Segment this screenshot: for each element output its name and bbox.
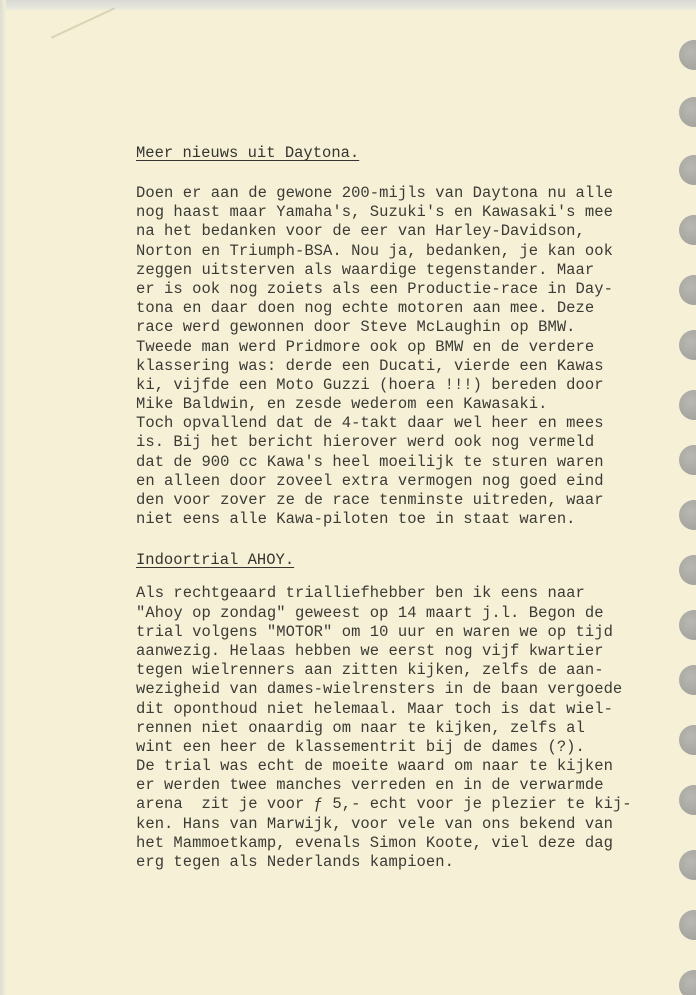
text-line: dit oponthoud niet helemaal. Maar toch i…	[136, 700, 696, 719]
punch-hole	[679, 910, 696, 940]
text-line: wint een heer de klassementrit bij de da…	[136, 738, 696, 757]
text-line: De trial was echt de moeite waard om naa…	[136, 757, 696, 776]
page-left-edge	[0, 0, 6, 995]
text-line: ken. Hans van Marwijk, voor vele van ons…	[136, 815, 696, 834]
text-line: zeggen uitsterven als waardige tegenstan…	[136, 261, 696, 280]
text-line: Norton en Triumph-BSA. Nou ja, bedanken,…	[136, 242, 696, 261]
text-line: Mike Baldwin, en zesde wederom een Kawas…	[136, 395, 696, 414]
punch-hole	[679, 40, 696, 70]
text-line: erg tegen als Nederlands kampioen.	[136, 853, 696, 872]
typewritten-page: Meer nieuws uit Daytona. Doen er aan de …	[136, 144, 696, 872]
text-line: Doen er aan de gewone 200-mijls van Dayt…	[136, 184, 696, 203]
text-line: Toch opvallend dat de 4-takt daar wel he…	[136, 414, 696, 433]
text-line: "Ahoy op zondag" geweest op 14 maart j.l…	[136, 604, 696, 623]
text-line: niet eens alle Kawa-piloten toe in staat…	[136, 510, 696, 529]
text-line: aanwezig. Helaas hebben we eerst nog vij…	[136, 642, 696, 661]
text-line: nog haast maar Yamaha's, Suzuki's en Kaw…	[136, 203, 696, 222]
section-heading-daytona: Meer nieuws uit Daytona.	[136, 144, 696, 163]
paragraph-daytona: Doen er aan de gewone 200-mijls van Dayt…	[136, 184, 696, 529]
text-line: en alleen door zoveel extra vermogen nog…	[136, 472, 696, 491]
text-line: tegen wielrenners aan zitten kijken, zel…	[136, 661, 696, 680]
punch-hole	[679, 970, 696, 995]
text-line: wezigheid van dames-wielrensters in de b…	[136, 680, 696, 699]
text-line: na het bedanken voor de eer van Harley-D…	[136, 222, 696, 241]
punch-hole	[679, 97, 696, 127]
text-line: er werden twee manches verreden en in de…	[136, 776, 696, 795]
paragraph-indoortrial: Als rechtgeaard trialliefhebber ben ik e…	[136, 584, 696, 872]
text-line: ki, vijfde een Moto Guzzi (hoera !!!) be…	[136, 376, 696, 395]
text-line: den voor zover ze de race tenminste uitr…	[136, 491, 696, 510]
text-line: dat de 900 cc Kawa's heel moeilijk te st…	[136, 453, 696, 472]
page-top-edge	[0, 0, 696, 10]
text-line: race werd gewonnen door Steve McLaughin …	[136, 318, 696, 337]
text-line: Tweede man werd Pridmore ook op BMW en d…	[136, 338, 696, 357]
text-line: rennen niet onaardig om naar te kijken, …	[136, 719, 696, 738]
text-line: is. Bij het bericht hierover werd ook no…	[136, 433, 696, 452]
pencil-smudge	[51, 7, 115, 38]
text-line: het Mammoetkamp, evenals Simon Koote, vi…	[136, 834, 696, 853]
text-line: arena zit je voor ƒ 5,- echt voor je ple…	[136, 795, 696, 814]
text-line: trial volgens "MOTOR" om 10 uur en waren…	[136, 623, 696, 642]
section-heading-indoortrial: Indoortrial AHOY.	[136, 551, 696, 570]
text-line: Als rechtgeaard trialliefhebber ben ik e…	[136, 584, 696, 603]
text-line: tona en daar doen nog echte motoren aan …	[136, 299, 696, 318]
text-line: klassering was: derde een Ducati, vierde…	[136, 357, 696, 376]
text-line: er is ook nog zoiets als een Productie-r…	[136, 280, 696, 299]
